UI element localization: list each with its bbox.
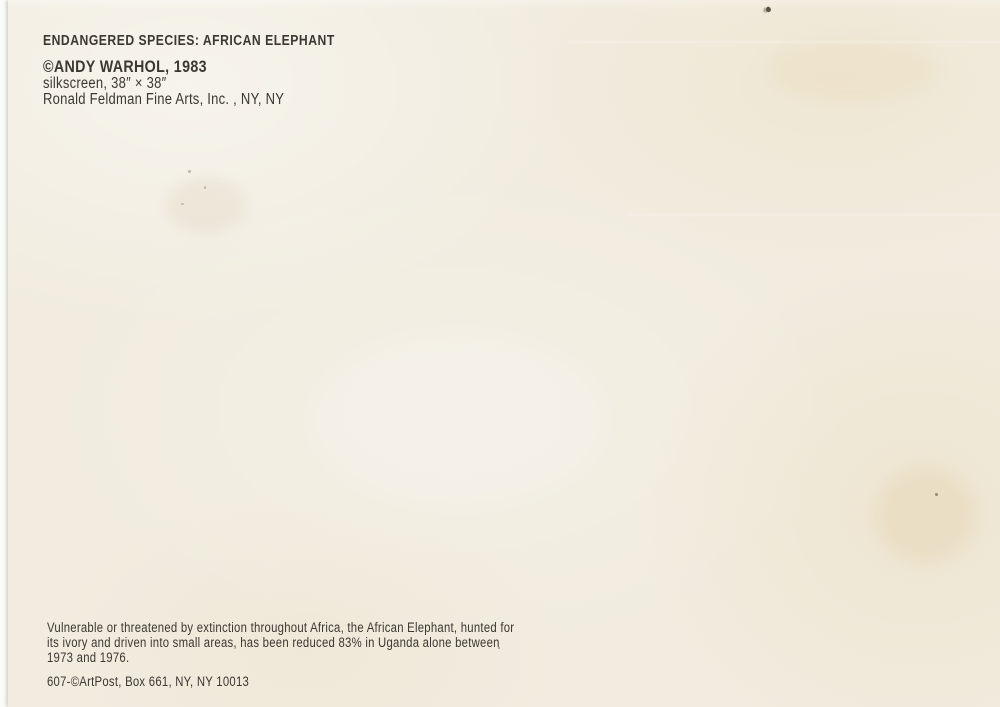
scan-streak bbox=[628, 214, 1000, 216]
publisher-line: 607-©ArtPost, Box 661, NY, NY 10013 bbox=[47, 674, 514, 689]
description-line: its ivory and driven into small areas, h… bbox=[47, 635, 514, 650]
scan-streak bbox=[568, 41, 1000, 43]
ink-speck bbox=[188, 170, 191, 173]
footer-block: Vulnerable or threatened by extinction t… bbox=[47, 620, 514, 689]
paper-stain bbox=[876, 468, 976, 563]
gallery-credit: Ronald Feldman Fine Arts, Inc. , NY, NY bbox=[43, 92, 335, 108]
artwork-title: ENDANGERED SPECIES: AFRICAN ELEPHANT bbox=[43, 33, 335, 49]
description-line: Vulnerable or threatened by extinction t… bbox=[47, 620, 514, 635]
ink-speck bbox=[935, 493, 938, 496]
caption-block: ENDANGERED SPECIES: AFRICAN ELEPHANT ©AN… bbox=[43, 33, 335, 108]
description-line: 1973 and 1976. bbox=[47, 650, 514, 665]
postcard-back: ENDANGERED SPECIES: AFRICAN ELEPHANT ©AN… bbox=[8, 0, 1000, 707]
medium-dimensions: silkscreen, 38″ × 38″ bbox=[43, 76, 335, 92]
artist-credit: ©ANDY WARHOL, 1983 bbox=[43, 57, 335, 76]
scanner-background: ENDANGERED SPECIES: AFRICAN ELEPHANT ©AN… bbox=[0, 0, 1000, 707]
ink-speck bbox=[765, 6, 772, 13]
ink-speck bbox=[181, 203, 184, 205]
paper-stain bbox=[768, 40, 938, 100]
ink-speck bbox=[204, 186, 206, 189]
paper-highlight bbox=[308, 330, 608, 510]
paper-stain bbox=[166, 178, 246, 233]
